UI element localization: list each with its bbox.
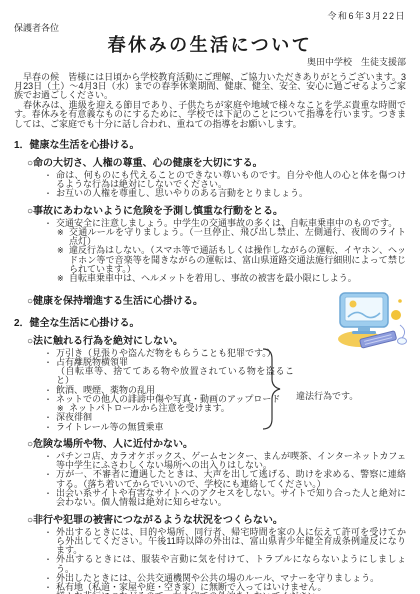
bullet-marker: ・ bbox=[44, 413, 56, 422]
list-item-text: パチンコ店、カラオケボックス、ゲームセンター、まんが喫茶、インターネットカフェ等… bbox=[56, 452, 406, 471]
bullet-marker: ・ bbox=[44, 423, 56, 432]
school-department: 奥田中学校 生徒支援部 bbox=[14, 57, 406, 67]
list-item-note: ※ 交通ルールを守りましょう。（一旦停止、飛び出し禁止、左側通行、夜間のライト点… bbox=[57, 228, 406, 247]
bullet-marker: ・ bbox=[44, 528, 56, 556]
page-title: 春休みの生活について bbox=[14, 35, 406, 57]
bullet-marker: ・ bbox=[44, 574, 56, 583]
bullet-marker: ・ bbox=[44, 358, 56, 367]
heading-avoid-delinquency: ○非行や犯罪の被害につながるような状況をつくらない。 bbox=[27, 515, 406, 526]
bullet-marker: ・ bbox=[44, 470, 56, 489]
list-item-text: 外出するときには、目的や場所、同行者、帰宅時間を家の人に伝えて許可を受けてから外… bbox=[56, 528, 406, 556]
illegal-acts-group: ・ 万引き（見張りや盗んだ物をもらうことも犯罪です。） ・ 占有離脱物横領罪 （… bbox=[14, 349, 406, 432]
bullet-marker: ・ bbox=[44, 489, 56, 508]
list-item-note: ※ 違反行為はしない。（スマホ等で通話もしくは操作しながらの運転、イヤホン、ヘッ… bbox=[57, 246, 406, 274]
bullet-marker: ・ bbox=[44, 395, 56, 404]
document-date: 令和6年3月22日 bbox=[14, 12, 406, 22]
bullet-marker: ・ bbox=[44, 555, 56, 574]
intro-paragraph: 早春の候 皆様には日頃から学校教育活動にご理解、ご協力いただきありがとうございま… bbox=[14, 73, 406, 101]
bullet-marker: ・ bbox=[44, 189, 56, 198]
list-item: ・ 万が一、不審者に遭遇したときは、大声を出して逃げる、助けを求める、警察に連絡… bbox=[44, 470, 406, 489]
intro-paragraph: 春休みは、進級を迎える節目であり、子供たちが家庭や地域で様々なことを学ぶ貴重な時… bbox=[14, 101, 406, 129]
item-list: ・ パチンコ店、カラオケボックス、ゲームセンター、まんが喫茶、インターネットカフ… bbox=[44, 452, 406, 508]
list-item-text: 命は、何ものにも代えることのできない尊いものです。自分や他人の心と体を傷つけるよ… bbox=[56, 171, 406, 190]
list-item-text: 自転車乗車中は、ヘルメットを着用し、事故の被害を最小限にしよう。 bbox=[69, 274, 406, 283]
list-item-text: 万が一、不審者に遭遇したときは、大声を出して逃げる、助けを求める、警察に連絡する… bbox=[56, 470, 406, 489]
item-list: ・ 交通安全に注意しましょう。中学生の交通事故の多くは、自転車乗車中のものです。… bbox=[44, 219, 406, 284]
heading-avoid-danger: ○危険な場所や物、人に近付かない。 bbox=[27, 439, 406, 450]
bullet-marker: ・ bbox=[44, 386, 56, 395]
item-list: ・ 命は、何ものにも代えることのできない尊いものです。自分や他人の心と体を傷つけ… bbox=[44, 171, 406, 199]
computer-clipart-icon bbox=[334, 291, 414, 349]
list-item: ・ 外出するときには、服装や言動に気を付けて、トラブルにならないようにしましょう… bbox=[44, 555, 406, 574]
list-item: ・ 命は、何ものにも代えることのできない尊いものです。自分や他人の心と体を傷つけ… bbox=[44, 171, 406, 190]
addressee: 保護者各位 bbox=[14, 24, 406, 34]
bullet-marker: ・ bbox=[44, 452, 56, 471]
note-marker: ※ bbox=[57, 228, 69, 247]
note-marker: ※ bbox=[57, 246, 69, 274]
curly-brace bbox=[260, 347, 286, 431]
item-list: ・ 外出するときには、目的や場所、同行者、帰宅時間を家の人に伝えて許可を受けてか… bbox=[44, 528, 406, 594]
list-item-text: ライトレール等の無賃乗車 bbox=[56, 423, 294, 432]
document-page: 令和6年3月22日 保護者各位 春休みの生活について 奥田中学校 生徒支援部 早… bbox=[0, 0, 420, 594]
illegal-acts-label: 違法行為です。 bbox=[296, 389, 358, 402]
list-item: ・ 外出するときには、目的や場所、同行者、帰宅時間を家の人に伝えて許可を受けてか… bbox=[44, 528, 406, 556]
list-item: ・ パチンコ店、カラオケボックス、ゲームセンター、まんが喫茶、インターネットカフ… bbox=[44, 452, 406, 471]
heading-avoid-accidents: ○事故にあわないように危険を予測し慎重な行動をとる。 bbox=[27, 206, 406, 217]
section-1-title: 1．健康な生活を心掛ける。 bbox=[14, 140, 406, 151]
list-item: ・ 出会い系サイトや有害なサイトへのアクセスをしない。サイトで知り合った人と絶対… bbox=[44, 489, 406, 508]
bullet-marker: ・ bbox=[44, 219, 56, 228]
list-item-text: （自転車等、捨ててある物や放置されている物を盗ること） bbox=[56, 367, 294, 386]
list-item-text: 違反行為はしない。（スマホ等で通話もしくは操作しながらの運転、イヤホン、ヘッドホ… bbox=[69, 246, 406, 274]
list-item-text: 出会い系サイトや有害なサイトへのアクセスをしない。サイトで知り合った人と絶対に会… bbox=[56, 489, 406, 508]
list-item: ・ お互いの人権を尊重し、思いやりのある言動をとりましょう。 bbox=[44, 189, 406, 198]
list-item-note: ※ 自転車乗車中は、ヘルメットを着用し、事故の被害を最小限にしよう。 bbox=[57, 274, 406, 283]
list-item-text: 交通ルールを守りましょう。（一旦停止、飛び出し禁止、左側通行、夜間のライト点灯） bbox=[69, 228, 406, 247]
list-item-text: 外出するときには、服装や言動に気を付けて、トラブルにならないようにしましょう。 bbox=[56, 555, 406, 574]
list-item-text: お互いの人権を尊重し、思いやりのある言動をとりましょう。 bbox=[56, 189, 406, 198]
bullet-marker: ・ bbox=[44, 583, 56, 592]
intro-paragraphs: 早春の候 皆様には日頃から学校教育活動にご理解、ご協力いただきありがとうございま… bbox=[14, 73, 406, 129]
bullet-marker: ・ bbox=[44, 349, 56, 358]
heading-respect-life: ○命の大切さ、人権の尊重、心の健康を大切にする。 bbox=[27, 158, 406, 169]
bullet-marker: ・ bbox=[44, 171, 56, 190]
note-marker: ※ bbox=[57, 274, 69, 283]
